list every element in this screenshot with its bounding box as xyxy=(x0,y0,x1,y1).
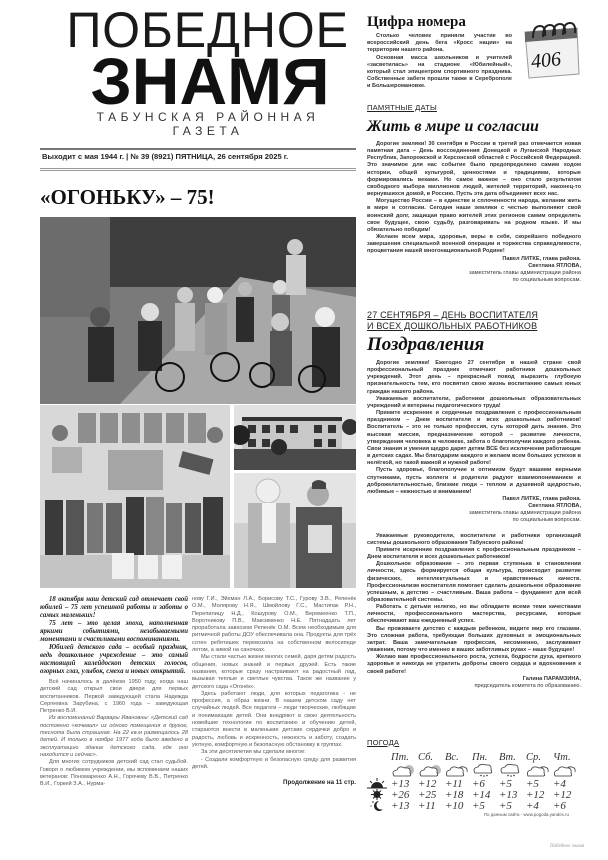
rain-cloud-icon xyxy=(499,764,526,778)
weather-row-morning: +13 +12 +11 +6 +5 +5 +4 xyxy=(367,778,581,789)
main-article-column-2: нову Г.И., Эйхман Л.А., Борисову Т.С., Г… xyxy=(192,596,356,787)
issue-number: 406 xyxy=(530,48,562,73)
signature: Павел ЛИТКЕ, глава района. xyxy=(367,496,581,503)
weather-day: Пн. xyxy=(472,752,499,763)
paragraph: Пусть здоровье, благополучие и оптимизм … xyxy=(367,467,581,496)
masthead: ПОБЕДНОЕ ЗНАМЯ ТАБУНСКАЯ РАЙОННАЯ ГАЗЕТА xyxy=(40,8,356,138)
paragraph: Дошкольное образование – это первая ступ… xyxy=(367,561,581,604)
rain-cloud-icon xyxy=(472,764,499,778)
body-paragraph: Для многих сотрудников детский сад стал … xyxy=(40,759,188,788)
weather-day: Вт. xyxy=(499,752,526,763)
paragraph: Дорогие земляки! 30 сентября в России в … xyxy=(367,141,581,198)
weather-days: Пт. Сб. Вс. Пн. Вт. Ср. Чт. xyxy=(367,752,581,763)
award-ceremony-photo xyxy=(234,473,356,588)
number-of-issue-heading: Цифра номера xyxy=(367,14,466,31)
weather-day: Сб. xyxy=(418,752,445,763)
section-label-weather: ПОГОДА xyxy=(367,738,399,747)
weather-day: Чт. xyxy=(553,752,580,763)
paragraph: Уважаемые руководители, воспитатели и ра… xyxy=(367,533,581,547)
body-paragraph: Мы стали частью жизни многих семей, даря… xyxy=(192,654,356,690)
temp-night: +10 xyxy=(445,800,472,812)
masthead-title-bottom: ЗНАМЯ xyxy=(40,52,356,110)
main-article-column-1: 18 октября наш детский сад отмечает свой… xyxy=(40,596,188,788)
number-paragraph: Основная масса школьников и учителей «за… xyxy=(367,55,512,91)
partly-cloudy-icon xyxy=(526,764,553,778)
continued-on-page-link[interactable]: Продолжение на 11 стр. xyxy=(192,779,356,787)
paragraph: Желаю вам профессионального роста, успех… xyxy=(367,654,581,675)
temp-night: +6 xyxy=(553,800,580,812)
signature: Галина ПАРАМЗИНА, xyxy=(367,676,581,683)
paragraph: Работать с детьми нелегко, но вы обладае… xyxy=(367,604,581,625)
signature: по социальным вопросам. xyxy=(367,277,581,284)
congratulations-title: Поздравления xyxy=(367,334,484,356)
memorable-dates-title: Жить в мире и согласии xyxy=(367,118,539,136)
masthead-rule xyxy=(40,148,356,150)
weather-day: Вс. xyxy=(445,752,472,763)
calendar-icon: 406 xyxy=(515,20,585,80)
signature: председатель комитета по образованию. xyxy=(367,683,581,690)
body-paragraph: нову Г.И., Эйхман Л.А., Борисову Т.С., Г… xyxy=(192,596,356,654)
paragraph: Уважаемые воспитатели, работники дошколь… xyxy=(367,396,581,410)
weather-source: По данным сайта - www.pogoda.yandex.ru xyxy=(367,812,581,817)
weather-forecast: Пт. Сб. Вс. Пн. Вт. Ср. Чт. +13 +12 +11 … xyxy=(367,752,581,817)
section-label-memorable-dates: ПАМЯТНЫЕ ДАТЫ xyxy=(367,103,437,112)
article-lead: 18 октября наш детский сад отмечает свой… xyxy=(40,596,188,676)
signature: Светлана ЯТЛОВА, xyxy=(367,263,581,270)
paragraph: Желаем всем мира, здоровья, веры в себя,… xyxy=(367,234,581,255)
lead-paragraph: 18 октября наш детский сад отмечает свой… xyxy=(40,596,188,620)
footer-watermark: Победное знамя xyxy=(550,844,584,849)
signature: Павел ЛИТКЕ, глава района. xyxy=(367,256,581,263)
signature: заместитель главы администрации района xyxy=(367,270,581,277)
temp-night: +11 xyxy=(418,800,445,812)
temp-night: +5 xyxy=(499,800,526,812)
paragraph: Дорогие земляки! Ежегодно 27 сентября в … xyxy=(367,360,581,396)
moon-icon xyxy=(367,800,391,811)
paragraph: Примите искренние поздравления с професс… xyxy=(367,547,581,561)
weather-day: Ср. xyxy=(526,752,553,763)
temp-night: +13 xyxy=(391,800,418,812)
lead-paragraph: Юбилей детского сада – особый праздник, … xyxy=(40,644,188,676)
memorable-dates-text: Дорогие земляки! 30 сентября в России в … xyxy=(367,141,581,284)
masthead-double-rule xyxy=(40,168,356,171)
body-paragraph: - Создали комфортную и безопасную среду … xyxy=(192,757,356,772)
article-body: Всё начиналось в далёком 1950 году, когд… xyxy=(40,679,188,788)
cloud-icon xyxy=(418,764,445,778)
kindergarten-building-photo xyxy=(234,405,356,470)
weather-conditions xyxy=(367,764,581,778)
section-label-teachers-day-1: 27 СЕНТЯБРЯ – ДЕНЬ ВОСПИТАТЕЛЯ xyxy=(367,310,538,320)
body-paragraph: За эти десятилетия мы сделали многое: xyxy=(192,749,356,756)
section-label-teachers-day-2: И ВСЕХ ДОШКОЛЬНЫХ РАБОТНИКОВ xyxy=(367,321,537,331)
partly-cloudy-icon xyxy=(553,764,580,778)
sunrise-icon xyxy=(367,778,391,789)
children-in-costumes-russia-photo xyxy=(40,405,230,588)
lead-paragraph: 75 лет – это целая эпоха, наполненная яр… xyxy=(40,620,188,644)
main-headline: «ОГОНЬКУ» – 75! xyxy=(40,185,215,210)
signature: заместитель главы администрации района xyxy=(367,510,581,517)
number-of-issue-text: Столько человек приняли участие во всеро… xyxy=(367,33,512,91)
body-paragraph: Из воспоминаний Варвары Ивановны: «Детск… xyxy=(40,715,188,759)
paragraph: Вы проживаете детство с каждым ребенком,… xyxy=(367,626,581,655)
body-paragraph: Всё начиналось в далёком 1950 году, когд… xyxy=(40,679,188,715)
kids-on-bicycles-photo xyxy=(40,217,356,404)
cloud-icon xyxy=(391,764,418,778)
paragraph: Могущество России – в единстве и сплочен… xyxy=(367,198,581,234)
masthead-title-top: ПОБЕДНОЕ xyxy=(45,8,352,52)
weather-day: Пт. xyxy=(391,752,418,763)
temp-night: +4 xyxy=(526,800,553,812)
body-paragraph: Здесь работают люди, для которых педагог… xyxy=(192,691,356,749)
issue-line: Выходит с мая 1944 г. | № 39 (8921) ПЯТН… xyxy=(42,152,358,161)
sun-icon xyxy=(367,789,391,800)
weather-row-night: +13 +11 +10 +5 +5 +4 +6 xyxy=(367,800,581,811)
masthead-subtitle: ТАБУНСКАЯ РАЙОННАЯ ГАЗЕТА xyxy=(40,110,356,138)
congratulations-text: Дорогие земляки! Ежегодно 27 сентября в … xyxy=(367,360,581,690)
signature: по социальным вопросам. xyxy=(367,517,581,524)
partly-cloudy-icon xyxy=(445,764,472,778)
weather-row-day: +26 +25 +18 +14 +13 +12 +12 xyxy=(367,789,581,800)
number-paragraph: Столько человек приняли участие во всеро… xyxy=(367,33,512,55)
paragraph: Примите искренние и сердечные поздравлен… xyxy=(367,410,581,467)
temp-night: +5 xyxy=(472,800,499,812)
